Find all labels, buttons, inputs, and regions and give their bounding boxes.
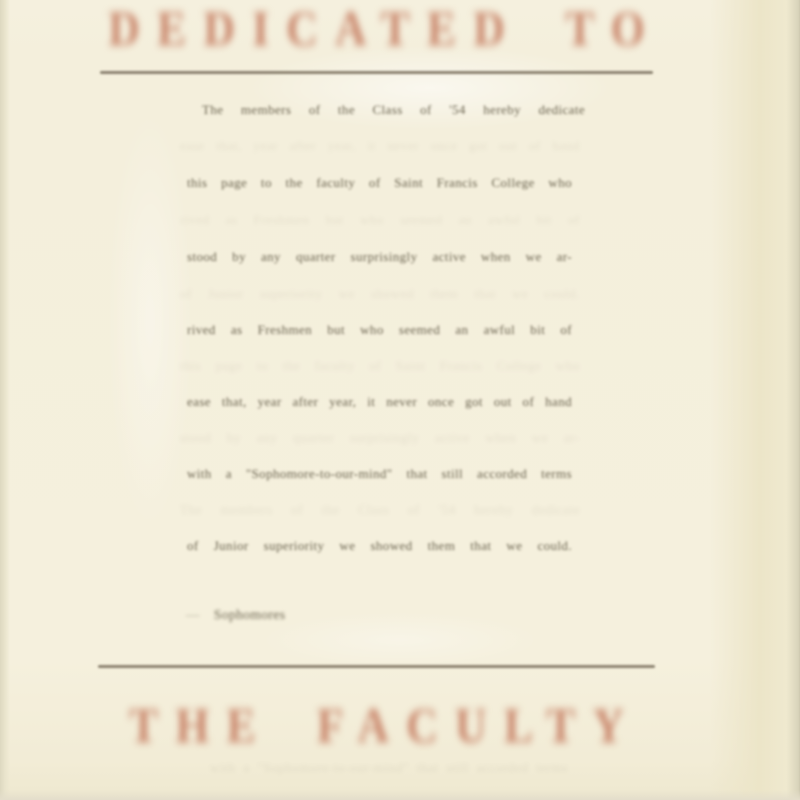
show-through-text: with a "Sophomore-to-our-mind" that stil… xyxy=(210,760,550,776)
signature-line: —Sophomores xyxy=(186,607,285,623)
paragraph-line: stood by any quarter surprisingly active… xyxy=(187,249,572,265)
page-edge-shadow-right xyxy=(710,0,800,800)
show-through-text: The members of the Class of '54 hereby d… xyxy=(180,502,580,518)
top-horizontal-rule xyxy=(100,71,653,74)
scanned-dedication-page: DEDICATED TO ease that, year after year,… xyxy=(0,0,800,800)
paragraph-line: with a "Sophomore-to-our-mind" that stil… xyxy=(187,466,572,482)
show-through-text: this page to the faculty of Saint Franci… xyxy=(180,358,580,374)
paragraph-line: rived as Freshmen but who seemed an awfu… xyxy=(187,322,572,338)
show-through-text: ease that, year after year, it never onc… xyxy=(180,138,580,154)
paragraph-line: The members of the Class of '54 hereby d… xyxy=(202,102,585,118)
recipient-heading: THE FACULTY xyxy=(0,697,770,754)
paragraph-line: ease that, year after year, it never onc… xyxy=(187,394,572,410)
show-through-text: of Junior superiority we showed them tha… xyxy=(180,286,580,302)
signature-dash: — xyxy=(186,607,200,622)
signature-text: Sophomores xyxy=(214,607,286,622)
paragraph-line: this page to the faculty of Saint Franci… xyxy=(187,175,572,191)
bottom-horizontal-rule xyxy=(98,665,655,668)
page-edge-shadow-bottom xyxy=(0,790,800,800)
paragraph-line: of Junior superiority we showed them tha… xyxy=(187,538,572,554)
page-edge-shadow-left xyxy=(0,0,10,800)
show-through-text: rived as Freshmen but who seemed an awfu… xyxy=(180,212,580,228)
dedication-heading: DEDICATED TO xyxy=(0,0,770,57)
show-through-text: stood by any quarter surprisingly active… xyxy=(180,430,580,446)
